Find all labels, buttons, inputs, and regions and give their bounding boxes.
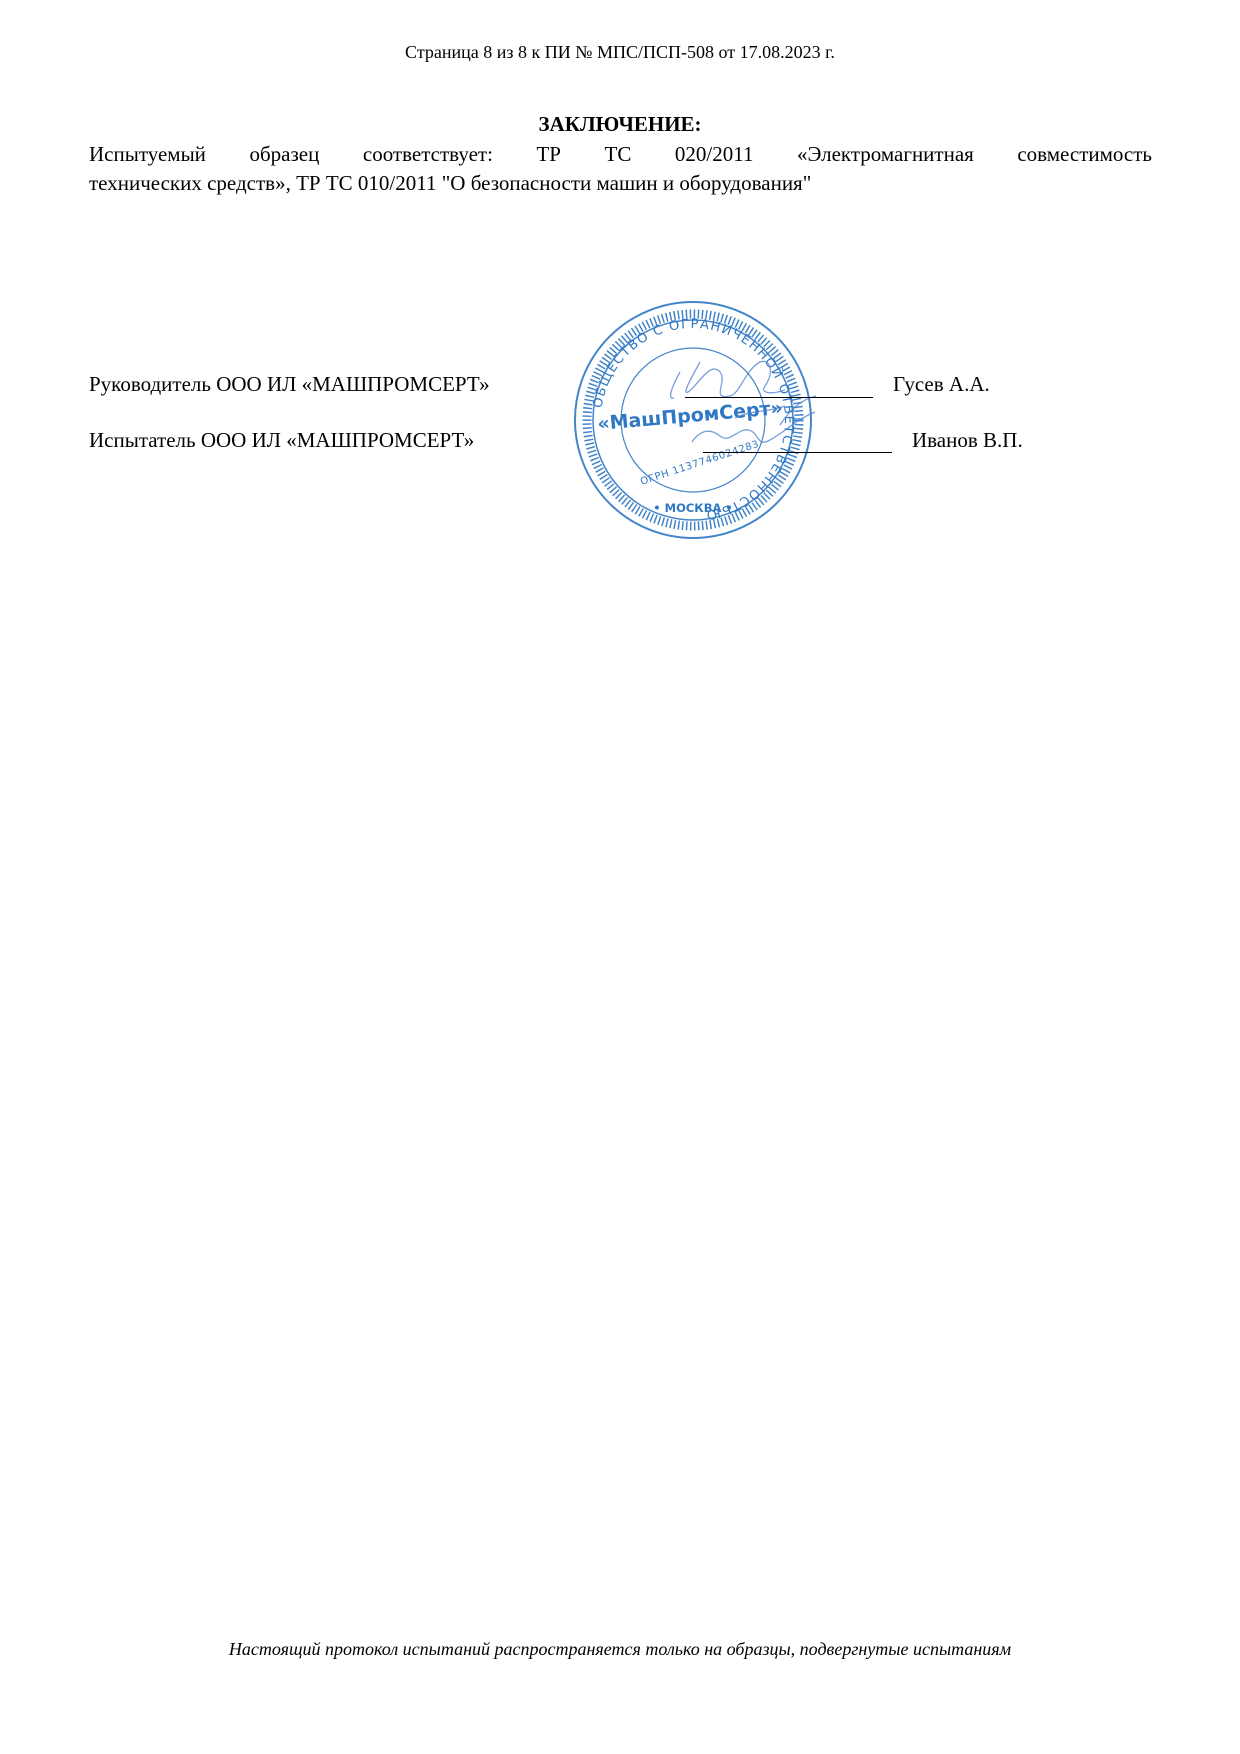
signer-role-tester: Испытатель ООО ИЛ «МАШПРОМСЕРТ» bbox=[89, 428, 474, 453]
conclusion-line-1: Испытуемый образец соответствует: ТР ТС … bbox=[89, 140, 1152, 169]
svg-text:«МашПромСерт»: «МашПромСерт» bbox=[596, 397, 783, 435]
signer-name-tester: Иванов В.П. bbox=[912, 428, 1023, 453]
conclusion-title: ЗАКЛЮЧЕНИЕ: bbox=[0, 112, 1240, 137]
svg-text:• МОСКВА •: • МОСКВА • bbox=[653, 501, 732, 515]
signer-name-head: Гусев А.А. bbox=[893, 372, 990, 397]
signature-line-head bbox=[685, 397, 873, 398]
signer-role-head: Руководитель ООО ИЛ «МАШПРОМСЕРТ» bbox=[89, 372, 490, 397]
conclusion-text: Испытуемый образец соответствует: ТР ТС … bbox=[89, 140, 1152, 198]
signature-line-tester bbox=[703, 452, 892, 453]
svg-text:ОГРН 1137746024283: ОГРН 1137746024283 bbox=[639, 439, 761, 488]
footer-note: Настоящий протокол испытаний распростран… bbox=[190, 1638, 1050, 1661]
conclusion-line-2: технических средств», ТР ТС 010/2011 "О … bbox=[89, 169, 1152, 198]
page-header: Страница 8 из 8 к ПИ № МПС/ПСП-508 от 17… bbox=[0, 42, 1240, 63]
company-seal-stamp: ОБЩЕСТВО С ОГРАНИЧЕННОЙ ОТВЕТСТВЕННОСТЬЮ… bbox=[570, 300, 816, 540]
